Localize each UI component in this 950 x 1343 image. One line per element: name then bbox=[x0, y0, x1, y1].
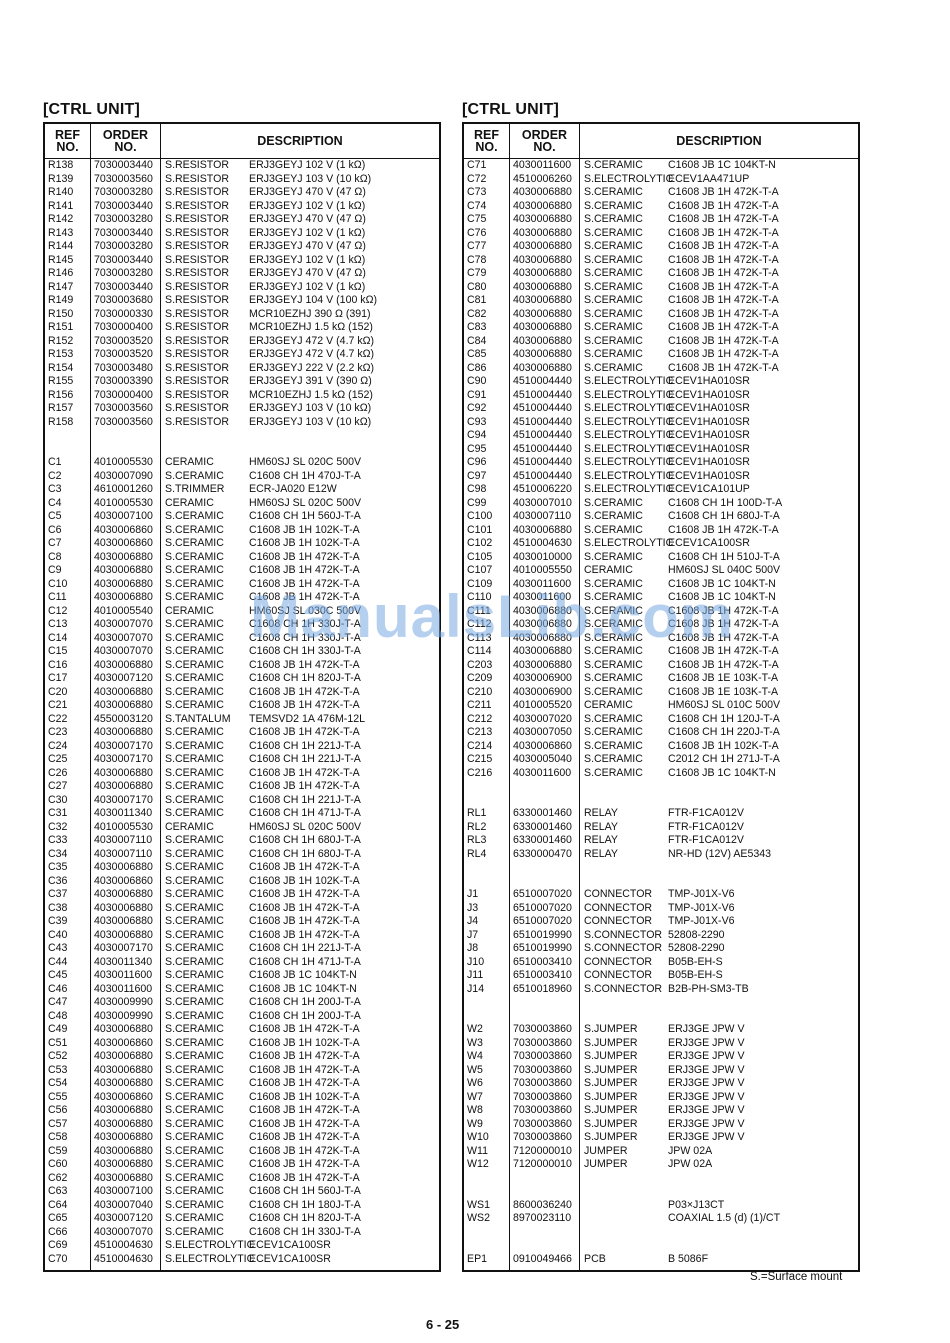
part-type: S.CERAMIC bbox=[580, 672, 668, 686]
ref-no: C4 bbox=[45, 497, 91, 511]
order-no: 4030006880 bbox=[91, 578, 161, 592]
ref-no: C30 bbox=[45, 794, 91, 808]
table-row: W127120000010JUMPERJPW 02A bbox=[464, 1158, 858, 1172]
part-spec: C1608 JB 1H 472K-T-A bbox=[249, 929, 439, 943]
part-type: S.CERAMIC bbox=[161, 632, 249, 646]
header-order-no: ORDER NO. bbox=[91, 124, 161, 158]
ref-no: W10 bbox=[464, 1131, 510, 1145]
order-no: 4030006880 bbox=[510, 281, 580, 295]
order-no: 4010005520 bbox=[510, 699, 580, 713]
ref-no: C215 bbox=[464, 753, 510, 767]
table-row: C914510004440S.ELECTROLYTICECEV1HA010SR bbox=[464, 389, 858, 403]
table-row: C2094030006900S.CERAMICC1608 JB 1E 103K-… bbox=[464, 672, 858, 686]
table-row: R1577030003560S.RESISTORERJ3GEYJ 103 V (… bbox=[45, 402, 439, 416]
part-type: S.CERAMIC bbox=[580, 240, 668, 254]
part-type: S.CERAMIC bbox=[580, 645, 668, 659]
part-type: S.CONNECTOR bbox=[580, 983, 668, 997]
part-type: CONNECTOR bbox=[580, 956, 668, 970]
ref-no: C77 bbox=[464, 240, 510, 254]
part-spec: ERJ3GE JPW V bbox=[668, 1050, 858, 1064]
ref-no: C49 bbox=[45, 1023, 91, 1037]
table-row: C964510004440S.ELECTROLYTICECEV1HA010SR bbox=[464, 456, 858, 470]
part-spec: C1608 CH 1H 471J-T-A bbox=[249, 956, 439, 970]
order-no: 4030006880 bbox=[510, 362, 580, 376]
part-spec: C1608 JB 1H 472K-T-A bbox=[668, 645, 858, 659]
part-spec: COAXIAL 1.5 (d) (1)/CT bbox=[668, 1212, 858, 1226]
ref-no: C51 bbox=[45, 1037, 91, 1051]
parts-list-right: [CTRL UNIT] REF NO. ORDER NO. DESCRIPTIO… bbox=[462, 100, 860, 1272]
ref-no: C69 bbox=[45, 1239, 91, 1253]
ref-no: C97 bbox=[464, 470, 510, 484]
table-row: C1124030006880S.CERAMICC1608 JB 1H 472K-… bbox=[464, 618, 858, 632]
section-title: [CTRL UNIT] bbox=[462, 100, 860, 122]
spacer-row bbox=[464, 1010, 858, 1024]
part-type: S.JUMPER bbox=[580, 1104, 668, 1118]
table-row: C514030006860S.CERAMICC1608 JB 1H 102K-T… bbox=[45, 1037, 439, 1051]
ref-no: C3 bbox=[45, 483, 91, 497]
part-type: S.CERAMIC bbox=[580, 294, 668, 308]
part-type: S.CERAMIC bbox=[580, 227, 668, 241]
ref-no: W5 bbox=[464, 1064, 510, 1078]
part-type: S.ELECTROLYTIC bbox=[580, 402, 668, 416]
table-row: C144030007070S.CERAMICC1608 CH 1H 330J-T… bbox=[45, 632, 439, 646]
spacer-row bbox=[464, 1239, 858, 1253]
order-no: 4030006880 bbox=[510, 348, 580, 362]
part-type: CONNECTOR bbox=[580, 902, 668, 916]
part-spec: ECEV1CA101UP bbox=[668, 483, 858, 497]
part-type: S.CERAMIC bbox=[580, 267, 668, 281]
part-type: S.CERAMIC bbox=[161, 956, 249, 970]
order-no: 4030006900 bbox=[510, 686, 580, 700]
table-row: R1447030003280S.RESISTORERJ3GEYJ 470 V (… bbox=[45, 240, 439, 254]
ref-no: C16 bbox=[45, 659, 91, 673]
table-row: C1144030006880S.CERAMICC1608 JB 1H 472K-… bbox=[464, 645, 858, 659]
table-row: C34610001260S.TRIMMERECR-JA020 E12W bbox=[45, 483, 439, 497]
part-type: JUMPER bbox=[580, 1145, 668, 1159]
ref-no: R154 bbox=[45, 362, 91, 376]
part-spec: MCR10EZHJ 1.5 kΩ (152) bbox=[249, 321, 439, 335]
table-row: C324010005530CERAMICHM60SJ SL 020C 500V bbox=[45, 821, 439, 835]
part-type: PCB bbox=[580, 1253, 668, 1267]
part-spec: C1608 JB 1H 102K-T-A bbox=[668, 740, 858, 754]
part-spec: ERJ3GE JPW V bbox=[668, 1118, 858, 1132]
part-spec: FTR-F1CA012V bbox=[668, 821, 858, 835]
order-no: 4030007070 bbox=[91, 632, 161, 646]
ref-no: C37 bbox=[45, 888, 91, 902]
part-type: S.ELECTROLYTIC bbox=[580, 429, 668, 443]
part-spec: B 5086F bbox=[668, 1253, 858, 1267]
ref-no: C84 bbox=[464, 335, 510, 349]
spacer-row bbox=[464, 1172, 858, 1186]
part-spec: C1608 JB 1C 104KT-N bbox=[668, 578, 858, 592]
part-type: S.CERAMIC bbox=[580, 618, 668, 632]
part-spec: C1608 CH 1H 330J-T-A bbox=[249, 632, 439, 646]
ref-no: R158 bbox=[45, 416, 91, 430]
part-spec: C1608 CH 1H 330J-T-A bbox=[249, 1226, 439, 1240]
part-spec: C1608 JB 1H 472K-T-A bbox=[249, 551, 439, 565]
table-row: C444030011340S.CERAMICC1608 CH 1H 471J-T… bbox=[45, 956, 439, 970]
table-row: C84030006880S.CERAMICC1608 JB 1H 472K-T-… bbox=[45, 551, 439, 565]
order-no: 4030006880 bbox=[91, 564, 161, 578]
header-ref-no: REF NO. bbox=[464, 124, 510, 158]
part-spec: C1608 JB 1H 472K-T-A bbox=[249, 888, 439, 902]
order-no: 4030007100 bbox=[91, 1185, 161, 1199]
ref-no: R152 bbox=[45, 335, 91, 349]
table-row: R1467030003280S.RESISTORERJ3GEYJ 470 V (… bbox=[45, 267, 439, 281]
part-spec: C1608 JB 1H 472K-T-A bbox=[249, 915, 439, 929]
order-no: 7030003860 bbox=[510, 1064, 580, 1078]
order-no: 4030006880 bbox=[91, 1064, 161, 1078]
order-no: 6510007020 bbox=[510, 888, 580, 902]
ref-no: C66 bbox=[45, 1226, 91, 1240]
order-no: 4030006860 bbox=[91, 1091, 161, 1105]
order-no: 4030006880 bbox=[91, 915, 161, 929]
ref-no: C46 bbox=[45, 983, 91, 997]
part-spec: P03×J13CT bbox=[668, 1199, 858, 1213]
table-row: C1004030007110S.CERAMICC1608 CH 1H 680J-… bbox=[464, 510, 858, 524]
table-row: C2134030007050S.CERAMICC1608 CH 1H 220J-… bbox=[464, 726, 858, 740]
part-spec: C1608 CH 1H 680J-T-A bbox=[249, 834, 439, 848]
ref-no: C12 bbox=[45, 605, 91, 619]
ref-no: R151 bbox=[45, 321, 91, 335]
order-no: 4030006880 bbox=[91, 1118, 161, 1132]
part-type: S.RESISTOR bbox=[161, 375, 249, 389]
part-spec: ERJ3GE JPW V bbox=[668, 1037, 858, 1051]
section-title: [CTRL UNIT] bbox=[43, 100, 441, 122]
part-spec: C1608 CH 1H 100D-T-A bbox=[668, 497, 858, 511]
part-spec: B2B-PH-SM3-TB bbox=[668, 983, 858, 997]
part-type: S.CERAMIC bbox=[580, 281, 668, 295]
part-type: S.ELECTROLYTIC bbox=[580, 456, 668, 470]
part-type: CONNECTOR bbox=[580, 969, 668, 983]
part-spec: ERJ3GEYJ 102 V (1 kΩ) bbox=[249, 254, 439, 268]
part-spec: C1608 JB 1H 472K-T-A bbox=[249, 1145, 439, 1159]
ref-no: C216 bbox=[464, 767, 510, 781]
ref-no: C33 bbox=[45, 834, 91, 848]
table-row: C304030007170S.CERAMICC1608 CH 1H 221J-T… bbox=[45, 794, 439, 808]
part-type: S.RESISTOR bbox=[161, 186, 249, 200]
order-no: 4030006880 bbox=[91, 699, 161, 713]
order-no: 7120000010 bbox=[510, 1158, 580, 1172]
part-spec: ERJ3GEYJ 104 V (100 kΩ) bbox=[249, 294, 439, 308]
part-type: S.CERAMIC bbox=[580, 713, 668, 727]
part-type: S.CERAMIC bbox=[161, 1050, 249, 1064]
order-no: 4510004440 bbox=[510, 429, 580, 443]
part-spec: C1608 JB 1H 472K-T-A bbox=[249, 564, 439, 578]
part-spec: C1608 CH 1H 200J-T-A bbox=[249, 1010, 439, 1024]
spacer-row bbox=[464, 861, 858, 875]
ref-no: W11 bbox=[464, 1145, 510, 1159]
part-type: S.CERAMIC bbox=[580, 591, 668, 605]
parts-table: REF NO. ORDER NO. DESCRIPTION R138703000… bbox=[43, 122, 441, 1272]
table-row: C534030006880S.CERAMICC1608 JB 1H 472K-T… bbox=[45, 1064, 439, 1078]
part-spec: ERJ3GE JPW V bbox=[668, 1064, 858, 1078]
part-spec: ECEV1HA010SR bbox=[668, 470, 858, 484]
part-type: S.CERAMIC bbox=[580, 659, 668, 673]
part-type: S.CERAMIC bbox=[161, 1091, 249, 1105]
table-row: C14010005530CERAMICHM60SJ SL 020C 500V bbox=[45, 456, 439, 470]
table-row: C74030006860S.CERAMICC1608 JB 1H 102K-T-… bbox=[45, 537, 439, 551]
table-row: C1054030010000S.CERAMICC1608 CH 1H 510J-… bbox=[464, 551, 858, 565]
table-row: C344030007110S.CERAMICC1608 CH 1H 680J-T… bbox=[45, 848, 439, 862]
order-no: 7030003680 bbox=[91, 294, 161, 308]
table-row: J16510007020CONNECTORTMP-J01X-V6 bbox=[464, 888, 858, 902]
order-no: 4030006880 bbox=[91, 551, 161, 565]
ref-no: C75 bbox=[464, 213, 510, 227]
table-row: C1134030006880S.CERAMICC1608 JB 1H 472K-… bbox=[464, 632, 858, 646]
ref-no: C62 bbox=[45, 1172, 91, 1186]
ref-no: C10 bbox=[45, 578, 91, 592]
order-no: 4510004630 bbox=[510, 537, 580, 551]
ref-no: C110 bbox=[464, 591, 510, 605]
table-row: C1074010005550CERAMICHM60SJ SL 040C 500V bbox=[464, 564, 858, 578]
part-spec: JPW 02A bbox=[668, 1145, 858, 1159]
ref-no: W4 bbox=[464, 1050, 510, 1064]
header-order-no: ORDER NO. bbox=[510, 124, 580, 158]
order-no: 4030006880 bbox=[510, 632, 580, 646]
ref-no: C91 bbox=[464, 389, 510, 403]
ref-no: C53 bbox=[45, 1064, 91, 1078]
table-row: C764030006880S.CERAMICC1608 JB 1H 472K-T… bbox=[464, 227, 858, 241]
header-description: DESCRIPTION bbox=[580, 124, 858, 158]
ref-no: R153 bbox=[45, 348, 91, 362]
part-type: S.CERAMIC bbox=[580, 632, 668, 646]
ref-no: C71 bbox=[464, 159, 510, 173]
part-spec: C1608 JB 1H 472K-T-A bbox=[668, 335, 858, 349]
order-no: 4510006260 bbox=[510, 173, 580, 187]
part-spec: FTR-F1CA012V bbox=[668, 834, 858, 848]
part-spec: C1608 JB 1H 472K-T-A bbox=[668, 348, 858, 362]
part-spec: ECR-JA020 E12W bbox=[249, 483, 439, 497]
ref-no: C65 bbox=[45, 1212, 91, 1226]
table-row: W107030003860S.JUMPERERJ3GE JPW V bbox=[464, 1131, 858, 1145]
part-type: S.JUMPER bbox=[580, 1050, 668, 1064]
order-no: 4030011600 bbox=[91, 983, 161, 997]
part-type: CERAMIC bbox=[161, 456, 249, 470]
part-spec: C1608 JB 1H 472K-T-A bbox=[249, 1172, 439, 1186]
ref-no: C64 bbox=[45, 1199, 91, 1213]
order-no: 4510004440 bbox=[510, 402, 580, 416]
part-type: S.CERAMIC bbox=[161, 1185, 249, 1199]
order-no: 7030003560 bbox=[91, 173, 161, 187]
ref-no: C44 bbox=[45, 956, 91, 970]
ref-no: C203 bbox=[464, 659, 510, 673]
order-no: 4030006880 bbox=[91, 861, 161, 875]
part-type: S.RESISTOR bbox=[161, 173, 249, 187]
part-spec: ERJ3GEYJ 102 V (1 kΩ) bbox=[249, 159, 439, 173]
table-row: C644030007040S.CERAMICC1608 CH 1H 180J-T… bbox=[45, 1199, 439, 1213]
table-row: C704510004630S.ELECTROLYTICECEV1CA100SR bbox=[45, 1253, 439, 1267]
part-type: S.CERAMIC bbox=[161, 1158, 249, 1172]
table-row: C134030007070S.CERAMICC1608 CH 1H 330J-T… bbox=[45, 618, 439, 632]
table-row: C654030007120S.CERAMICC1608 CH 1H 820J-T… bbox=[45, 1212, 439, 1226]
ref-no: C23 bbox=[45, 726, 91, 740]
ref-no: C80 bbox=[464, 281, 510, 295]
ref-no: WS2 bbox=[464, 1212, 510, 1226]
part-spec: C1608 CH 1H 221J-T-A bbox=[249, 740, 439, 754]
part-spec: MCR10EZHJ 390 Ω (391) bbox=[249, 308, 439, 322]
part-spec: B05B-EH-S bbox=[668, 969, 858, 983]
part-spec: ECEV1HA010SR bbox=[668, 429, 858, 443]
part-type: S.CERAMIC bbox=[580, 362, 668, 376]
part-spec: ECEV1HA010SR bbox=[668, 456, 858, 470]
part-type: S.CERAMIC bbox=[580, 753, 668, 767]
ref-no: J11 bbox=[464, 969, 510, 983]
table-row: C364030006860S.CERAMICC1608 JB 1H 102K-T… bbox=[45, 875, 439, 889]
ref-no: W12 bbox=[464, 1158, 510, 1172]
order-no: 4510004440 bbox=[510, 470, 580, 484]
part-type: S.CERAMIC bbox=[161, 875, 249, 889]
ref-no: RL4 bbox=[464, 848, 510, 862]
part-spec: ERJ3GEYJ 103 V (10 kΩ) bbox=[249, 416, 439, 430]
part-spec: ERJ3GE JPW V bbox=[668, 1131, 858, 1145]
table-row: C624030006880S.CERAMICC1608 JB 1H 472K-T… bbox=[45, 1172, 439, 1186]
order-no: 4030006880 bbox=[510, 605, 580, 619]
part-spec: C1608 JB 1H 472K-T-A bbox=[249, 686, 439, 700]
table-row: C524030006880S.CERAMICC1608 JB 1H 472K-T… bbox=[45, 1050, 439, 1064]
part-spec: C1608 JB 1H 472K-T-A bbox=[249, 1118, 439, 1132]
table-header: REF NO. ORDER NO. DESCRIPTION bbox=[45, 124, 439, 159]
order-no: 4030006880 bbox=[510, 227, 580, 241]
order-no: 4030007100 bbox=[91, 510, 161, 524]
table-row: C984510006220S.ELECTROLYTICECEV1CA101UP bbox=[464, 483, 858, 497]
part-spec: ERJ3GE JPW V bbox=[668, 1091, 858, 1105]
order-no: 4030006860 bbox=[91, 524, 161, 538]
footnote: S.=Surface mount bbox=[750, 1271, 842, 1283]
part-type: S.CERAMIC bbox=[161, 1104, 249, 1118]
ref-no: C92 bbox=[464, 402, 510, 416]
table-row: C904510004440S.ELECTROLYTICECEV1HA010SR bbox=[464, 375, 858, 389]
table-row: C434030007170S.CERAMICC1608 CH 1H 221J-T… bbox=[45, 942, 439, 956]
ref-no: J14 bbox=[464, 983, 510, 997]
part-type: S.ELECTROLYTIC bbox=[580, 375, 668, 389]
page-number: 6 - 25 bbox=[426, 1317, 459, 1332]
part-spec: JPW 02A bbox=[668, 1158, 858, 1172]
part-spec: C1608 JB 1H 472K-T-A bbox=[249, 1023, 439, 1037]
part-spec: ECEV1HA010SR bbox=[668, 443, 858, 457]
part-type: S.CERAMIC bbox=[580, 524, 668, 538]
order-no: 6330001460 bbox=[510, 821, 580, 835]
table-row: C264030006880S.CERAMICC1608 JB 1H 472K-T… bbox=[45, 767, 439, 781]
part-spec: C1608 JB 1H 472K-T-A bbox=[249, 1050, 439, 1064]
part-spec: 52808-2290 bbox=[668, 942, 858, 956]
part-type: S.CERAMIC bbox=[161, 726, 249, 740]
order-no: 4030006880 bbox=[91, 1104, 161, 1118]
ref-no: C114 bbox=[464, 645, 510, 659]
table-row: WS18600036240P03×J13CT bbox=[464, 1199, 858, 1213]
order-no: 4030011600 bbox=[510, 159, 580, 173]
part-spec: C1608 JB 1H 102K-T-A bbox=[249, 875, 439, 889]
order-no: 7120000010 bbox=[510, 1145, 580, 1159]
ref-no: C35 bbox=[45, 861, 91, 875]
table-row: C1024510004630S.ELECTROLYTICECEV1CA100SR bbox=[464, 537, 858, 551]
part-spec: TMP-J01X-V6 bbox=[668, 902, 858, 916]
table-row: R1407030003280S.RESISTORERJ3GEYJ 470 V (… bbox=[45, 186, 439, 200]
part-spec: C1608 JB 1C 104KT-N bbox=[668, 767, 858, 781]
order-no: 4030011340 bbox=[91, 807, 161, 821]
order-no: 4030007010 bbox=[510, 497, 580, 511]
part-type: S.RESISTOR bbox=[161, 294, 249, 308]
part-spec: ERJ3GEYJ 472 V (4.7 kΩ) bbox=[249, 335, 439, 349]
part-type: S.CERAMIC bbox=[580, 551, 668, 565]
order-no: 4550003120 bbox=[91, 713, 161, 727]
table-row: C104030006880S.CERAMICC1608 JB 1H 472K-T… bbox=[45, 578, 439, 592]
spacer-row bbox=[45, 429, 439, 443]
part-spec: ECEV1CA100SR bbox=[249, 1239, 439, 1253]
order-no: 4030007070 bbox=[91, 1226, 161, 1240]
table-row: C404030006880S.CERAMICC1608 JB 1H 472K-T… bbox=[45, 929, 439, 943]
order-no: 4010005550 bbox=[510, 564, 580, 578]
table-row: C664030007070S.CERAMICC1608 CH 1H 330J-T… bbox=[45, 1226, 439, 1240]
part-spec: C1608 JB 1H 472K-T-A bbox=[668, 267, 858, 281]
table-row: C474030009990S.CERAMICC1608 CH 1H 200J-T… bbox=[45, 996, 439, 1010]
order-no: 4510004440 bbox=[510, 375, 580, 389]
ref-no: C26 bbox=[45, 767, 91, 781]
part-type: CERAMIC bbox=[580, 699, 668, 713]
table-row: C114030006880S.CERAMICC1608 JB 1H 472K-T… bbox=[45, 591, 439, 605]
spacer-row bbox=[45, 443, 439, 457]
order-no: 8970023110 bbox=[510, 1212, 580, 1226]
table-row: C164030006880S.CERAMICC1608 JB 1H 472K-T… bbox=[45, 659, 439, 673]
ref-no: C39 bbox=[45, 915, 91, 929]
ref-no: W9 bbox=[464, 1118, 510, 1132]
ref-no: R156 bbox=[45, 389, 91, 403]
table-row: C2034030006880S.CERAMICC1608 JB 1H 472K-… bbox=[464, 659, 858, 673]
part-type: S.TRIMMER bbox=[161, 483, 249, 497]
ref-no: C6 bbox=[45, 524, 91, 538]
order-no: 4510006220 bbox=[510, 483, 580, 497]
part-spec: TEMSVD2 1A 476M-12L bbox=[249, 713, 439, 727]
order-no: 4030007020 bbox=[510, 713, 580, 727]
order-no: 7030000400 bbox=[91, 389, 161, 403]
part-spec: ERJ3GEYJ 102 V (1 kΩ) bbox=[249, 281, 439, 295]
ref-no: C2 bbox=[45, 470, 91, 484]
part-type: S.RESISTOR bbox=[161, 213, 249, 227]
ref-no: C47 bbox=[45, 996, 91, 1010]
part-type: S.CERAMIC bbox=[580, 605, 668, 619]
part-spec: C1608 JB 1H 472K-T-A bbox=[668, 294, 858, 308]
order-no: 7030003860 bbox=[510, 1037, 580, 1051]
table-row: C254030007170S.CERAMICC1608 CH 1H 221J-T… bbox=[45, 753, 439, 767]
part-spec: C1608 CH 1H 200J-T-A bbox=[249, 996, 439, 1010]
part-type: S.ELECTROLYTIC bbox=[161, 1239, 249, 1253]
part-spec: NR-HD (12V) AE5343 bbox=[668, 848, 858, 862]
ref-no: C32 bbox=[45, 821, 91, 835]
table-row: W57030003860S.JUMPERERJ3GE JPW V bbox=[464, 1064, 858, 1078]
part-type: S.JUMPER bbox=[580, 1091, 668, 1105]
part-spec: ECEV1CA100SR bbox=[249, 1253, 439, 1267]
table-row: C974510004440S.ELECTROLYTICECEV1HA010SR bbox=[464, 470, 858, 484]
table-row: R1477030003440S.RESISTORERJ3GEYJ 102 V (… bbox=[45, 281, 439, 295]
table-header: REF NO. ORDER NO. DESCRIPTION bbox=[464, 124, 858, 159]
table-row: C2164030011600S.CERAMICC1608 JB 1C 104KT… bbox=[464, 767, 858, 781]
part-type: S.RESISTOR bbox=[161, 254, 249, 268]
ref-no: C82 bbox=[464, 308, 510, 322]
part-spec: ERJ3GEYJ 470 V (47 Ω) bbox=[249, 240, 439, 254]
ref-no: C74 bbox=[464, 200, 510, 214]
table-row: C724510006260S.ELECTROLYTICECEV1AA471UP bbox=[464, 173, 858, 187]
part-type: S.CERAMIC bbox=[161, 969, 249, 983]
ref-no: C107 bbox=[464, 564, 510, 578]
ref-no: C8 bbox=[45, 551, 91, 565]
table-row: C574030006880S.CERAMICC1608 JB 1H 472K-T… bbox=[45, 1118, 439, 1132]
order-no: 4030006880 bbox=[510, 321, 580, 335]
ref-no: C213 bbox=[464, 726, 510, 740]
table-row: C844030006880S.CERAMICC1608 JB 1H 472K-T… bbox=[464, 335, 858, 349]
order-no: 4510004630 bbox=[91, 1253, 161, 1267]
order-no: 7030003520 bbox=[91, 348, 161, 362]
ref-no: R149 bbox=[45, 294, 91, 308]
